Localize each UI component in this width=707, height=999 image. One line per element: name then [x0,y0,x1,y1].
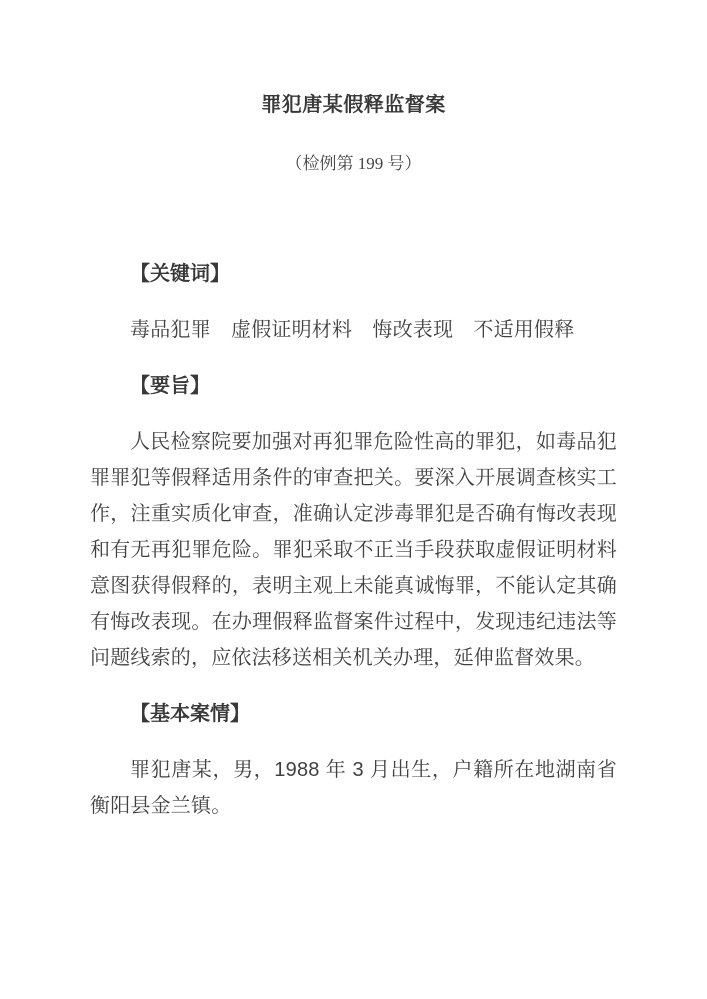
section-heading-basic-facts: 【基本案情】 [90,696,617,732]
document-title: 罪犯唐某假释监督案 [90,90,617,120]
case-number: （检例第 199 号） [90,150,617,178]
basic-facts-paragraph: 罪犯唐某，男，1988 年 3 月出生，户籍所在地湖南省衡阳县金兰镇。 [90,752,617,824]
summary-paragraph: 人民检察院要加强对再犯罪危险性高的罪犯，如毒品犯罪罪犯等假释适用条件的审查把关。… [90,424,617,676]
keywords-line: 毒品犯罪 虚假证明材料 悔改表现 不适用假释 [90,312,617,348]
section-heading-keywords: 【关键词】 [90,256,617,292]
section-heading-summary: 【要旨】 [90,368,617,404]
document-page: 罪犯唐某假释监督案 （检例第 199 号） 【关键词】 毒品犯罪 虚假证明材料 … [0,0,707,999]
